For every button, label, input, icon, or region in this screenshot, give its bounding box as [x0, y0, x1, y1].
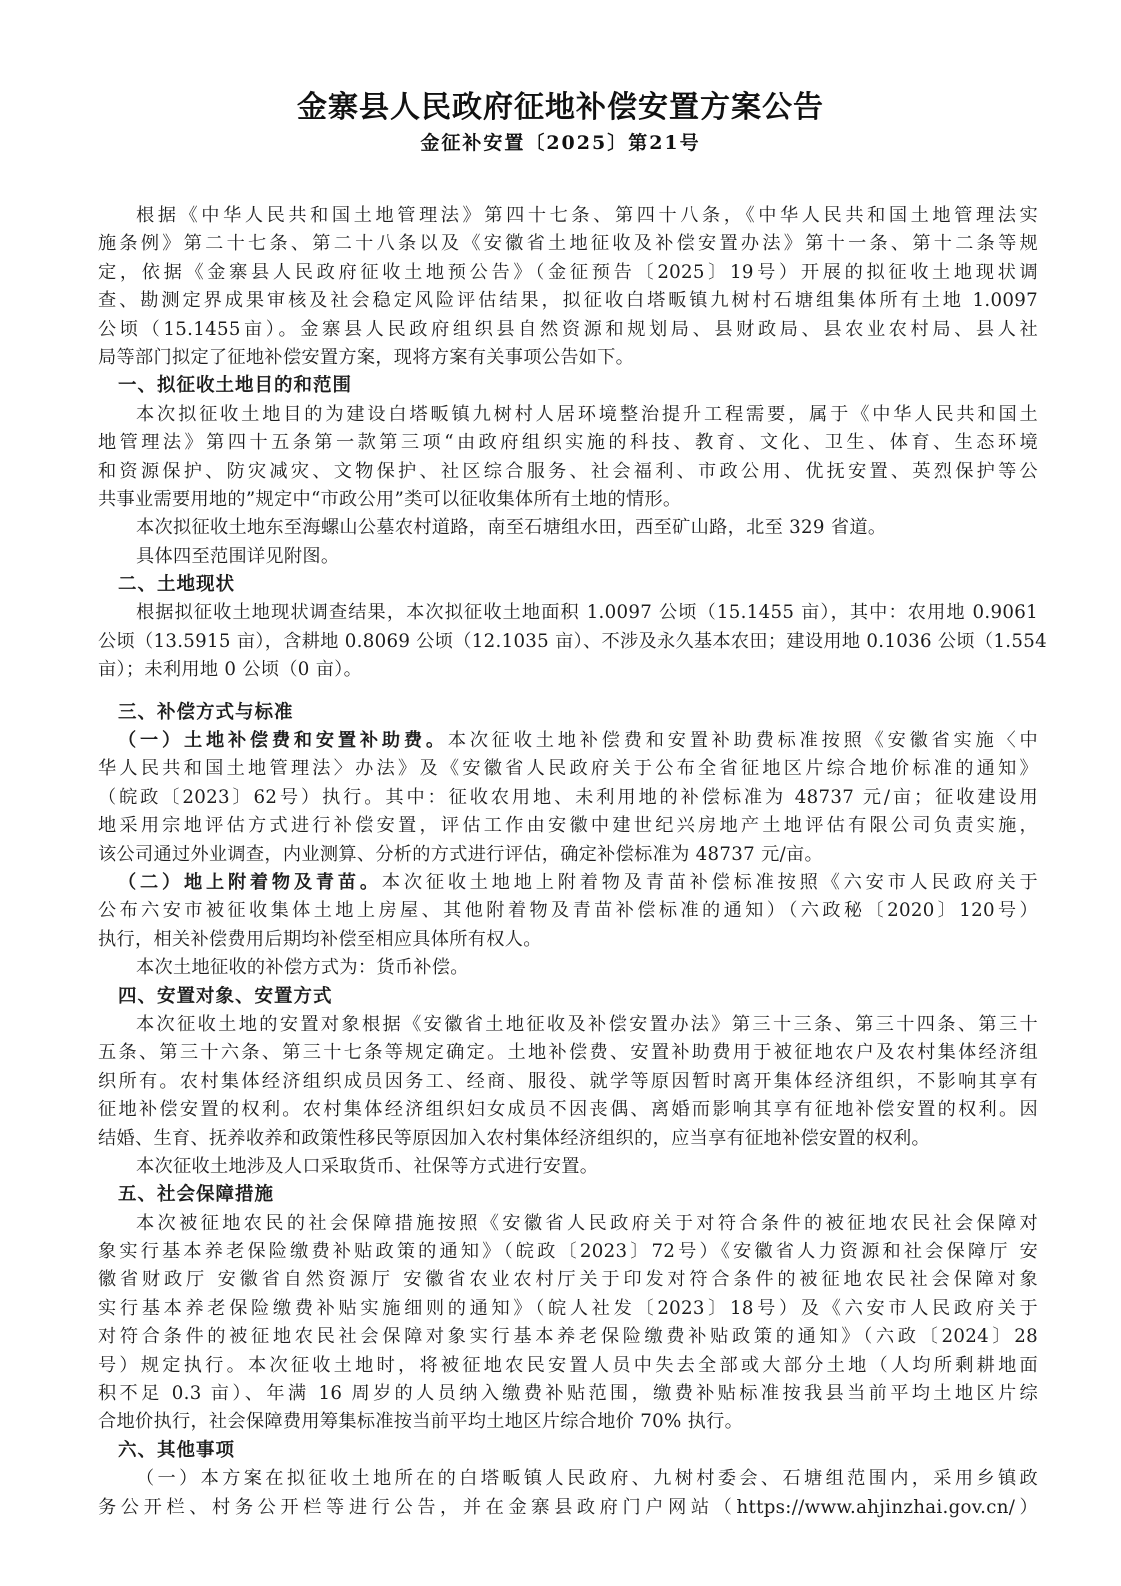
document-number: 金征补安置〔2025〕第21号 — [0, 128, 1121, 155]
text-line: 定，依据《金寨县人民政府征收土地预公告》（金征预告〔2025〕19号）开展的拟征… — [98, 259, 1038, 287]
text-line: 施条例》第二十七条、第二十八条以及《安徽省土地征收及补偿安置办法》第十一条、第十… — [98, 230, 1038, 258]
subsection-lead: （一）土地补偿费和安置补助费。 — [118, 730, 448, 751]
text-line: 地采用宗地评估方式进行补偿安置，评估工作由安徽中建世纪兴房地产土地评估有限公司负… — [98, 812, 1038, 840]
text-line: 本次拟征收土地东至海螺山公墓农村道路，南至石塘组水田，西至矿山路，北至 329 … — [98, 514, 1038, 542]
section-heading: 二、土地现状 — [98, 571, 1038, 599]
text-line: 根据拟征收土地现状调查结果，本次拟征收土地面积 1.0097 公顷（15.145… — [98, 599, 1038, 627]
text-line: 本次土地征收的补偿方式为：货币补偿。 — [98, 954, 1038, 982]
text-line: 本次被征地农民的社会保障措施按照《安徽省人民政府关于对符合条件的被征地农民社会保… — [98, 1210, 1038, 1238]
spacer — [98, 685, 1038, 699]
text-line: （一）本方案在拟征收土地所在的白塔畈镇人民政府、九树村委会、石塘组范围内，采用乡… — [98, 1465, 1038, 1493]
subsection-lead: （二）地上附着物及青苗。 — [118, 872, 382, 893]
document-body: 根据《中华人民共和国土地管理法》第四十七条、第四十八条，《中华人民共和国土地管理… — [98, 202, 1038, 1522]
text-line: 本次拟征收土地目的为建设白塔畈镇九树村人居环境整治提升工程需要，属于《中华人民共… — [98, 401, 1038, 429]
text-line: 本次征收土地的安置对象根据《安徽省土地征收及补偿安置办法》第三十三条、第三十四条… — [98, 1011, 1038, 1039]
document-page: 金寨县人民政府征地补偿安置方案公告 金征补安置〔2025〕第21号 根据《中华人… — [0, 0, 1121, 1586]
text-line: 华人民共和国土地管理法〉办法》及《安徽省人民政府关于公布全省征地区片综合地价标准… — [98, 755, 1038, 783]
section-other-matters: 六、其他事项 （一）本方案在拟征收土地所在的白塔畈镇人民政府、九树村委会、石塘组… — [98, 1437, 1038, 1522]
section-heading: 四、安置对象、安置方式 — [98, 983, 1038, 1011]
text-line: 实行基本养老保险缴费补贴实施细则的通知》（皖人社发〔2023〕18号）及《六安市… — [98, 1295, 1038, 1323]
text-line: 征地补偿安置的权利。农村集体经济组织妇女成员不因丧偶、离婚而影响其享有征地补偿安… — [98, 1096, 1038, 1124]
section-land-status: 二、土地现状 根据拟征收土地现状调查结果，本次拟征收土地面积 1.0097 公顷… — [98, 571, 1038, 685]
section-heading: 三、补偿方式与标准 — [98, 699, 1038, 727]
text-line: 地管理法》第四十五条第一款第三项“由政府组织实施的科技、教育、文化、卫生、体育、… — [98, 429, 1038, 457]
text-line: （一）土地补偿费和安置补助费。本次征收土地补偿费和安置补助费标准按照《安徽省实施… — [98, 727, 1038, 755]
document-title: 金寨县人民政府征地补偿安置方案公告 — [0, 82, 1121, 126]
text-line: 公布六安市被征收集体土地上房屋、其他附着物及青苗补偿标准的通知）（六政秘〔202… — [98, 897, 1038, 925]
section-heading: 五、社会保障措施 — [98, 1181, 1038, 1209]
text-line: 合地价执行，社会保障费用筹集标准按当前平均土地区片综合地价 70% 执行。 — [98, 1408, 1038, 1436]
text-line: 结婚、生育、抚养收养和政策性移民等原因加入农村集体经济组织的，应当享有征地补偿安… — [98, 1125, 1038, 1153]
text-span: 本次征收土地地上附着物及青苗补偿标准按照《六安市人民政府关于 — [382, 872, 1038, 893]
text-line: 该公司通过外业调查，内业测算、分析的方式进行评估，确定补偿标准为 48737 元… — [98, 841, 1038, 869]
text-line: 具体四至范围详见附图。 — [98, 543, 1038, 571]
text-line: 亩）；未利用地 0 公顷（0 亩）。 — [98, 656, 1038, 684]
text-line: 和资源保护、防灾减灾、文物保护、社区综合服务、社会福利、市政公用、优抚安置、英烈… — [98, 458, 1038, 486]
text-line: 务公开栏、村务公开栏等进行公告，并在金寨县政府门户网站（https://www.… — [98, 1494, 1038, 1522]
text-line: 号）规定执行。本次征收土地时，将被征地农民安置人员中失去全部或大部分土地（人均所… — [98, 1352, 1038, 1380]
text-line: 共事业需要用地的”规定中“市政公用”类可以征收集体所有土地的情形。 — [98, 486, 1038, 514]
text-line: 象实行基本养老保险缴费补贴政策的通知》（皖政〔2023〕72号）《安徽省人力资源… — [98, 1238, 1038, 1266]
text-line: 局等部门拟定了征地补偿安置方案，现将方案有关事项公告如下。 — [98, 344, 1038, 372]
text-line: （二）地上附着物及青苗。本次征收土地地上附着物及青苗补偿标准按照《六安市人民政府… — [98, 869, 1038, 897]
section-social-security: 五、社会保障措施 本次被征地农民的社会保障措施按照《安徽省人民政府关于对符合条件… — [98, 1181, 1038, 1437]
section-purpose-scope: 一、拟征收土地目的和范围 本次拟征收土地目的为建设白塔畈镇九树村人居环境整治提升… — [98, 372, 1038, 571]
text-line: （皖政〔2023〕62号）执行。其中：征收农用地、未利用地的补偿标准为 4873… — [98, 784, 1038, 812]
text-line: 五条、第三十六条、第三十七条等规定确定。土地补偿费、安置补助费用于被征地农户及农… — [98, 1039, 1038, 1067]
text-line: 对符合条件的被征地农民社会保障对象实行基本养老保险缴费补贴政策的通知》（六政〔2… — [98, 1323, 1038, 1351]
text-line: 执行，相关补偿费用后期均补偿至相应具体所有权人。 — [98, 926, 1038, 954]
section-heading: 六、其他事项 — [98, 1437, 1038, 1465]
text-span: 本次征收土地补偿费和安置补助费标准按照《安徽省实施〈中 — [448, 730, 1038, 751]
text-line: 公顷（15.1455亩）。金寨县人民政府组织县自然资源和规划局、县财政局、县农业… — [98, 316, 1038, 344]
section-heading: 一、拟征收土地目的和范围 — [98, 372, 1038, 400]
section-resettlement: 四、安置对象、安置方式 本次征收土地的安置对象根据《安徽省土地征收及补偿安置办法… — [98, 983, 1038, 1182]
text-line: 本次征收土地涉及人口采取货币、社保等方式进行安置。 — [98, 1153, 1038, 1181]
preamble-paragraph: 根据《中华人民共和国土地管理法》第四十七条、第四十八条，《中华人民共和国土地管理… — [98, 202, 1038, 372]
text-line: 查、勘测定界成果审核及社会稳定风险评估结果，拟征收白塔畈镇九树村石塘组集体所有土… — [98, 287, 1038, 315]
text-line: 公顷（13.5915 亩），含耕地 0.8069 公顷（12.1035 亩）、不… — [98, 628, 1038, 656]
text-line: 徽省财政厅 安徽省自然资源厅 安徽省农业农村厅关于印发对符合条件的被征地农民社会… — [98, 1266, 1038, 1294]
text-line: 根据《中华人民共和国土地管理法》第四十七条、第四十八条，《中华人民共和国土地管理… — [98, 202, 1038, 230]
section-compensation: 三、补偿方式与标准 （一）土地补偿费和安置补助费。本次征收土地补偿费和安置补助费… — [98, 699, 1038, 983]
text-line: 织所有。农村集体经济组织成员因务工、经商、服役、就学等原因暂时离开集体经济组织，… — [98, 1068, 1038, 1096]
text-line: 积不足 0.3 亩）、年满 16 周岁的人员纳入缴费补贴范围，缴费补贴标准按我县… — [98, 1380, 1038, 1408]
